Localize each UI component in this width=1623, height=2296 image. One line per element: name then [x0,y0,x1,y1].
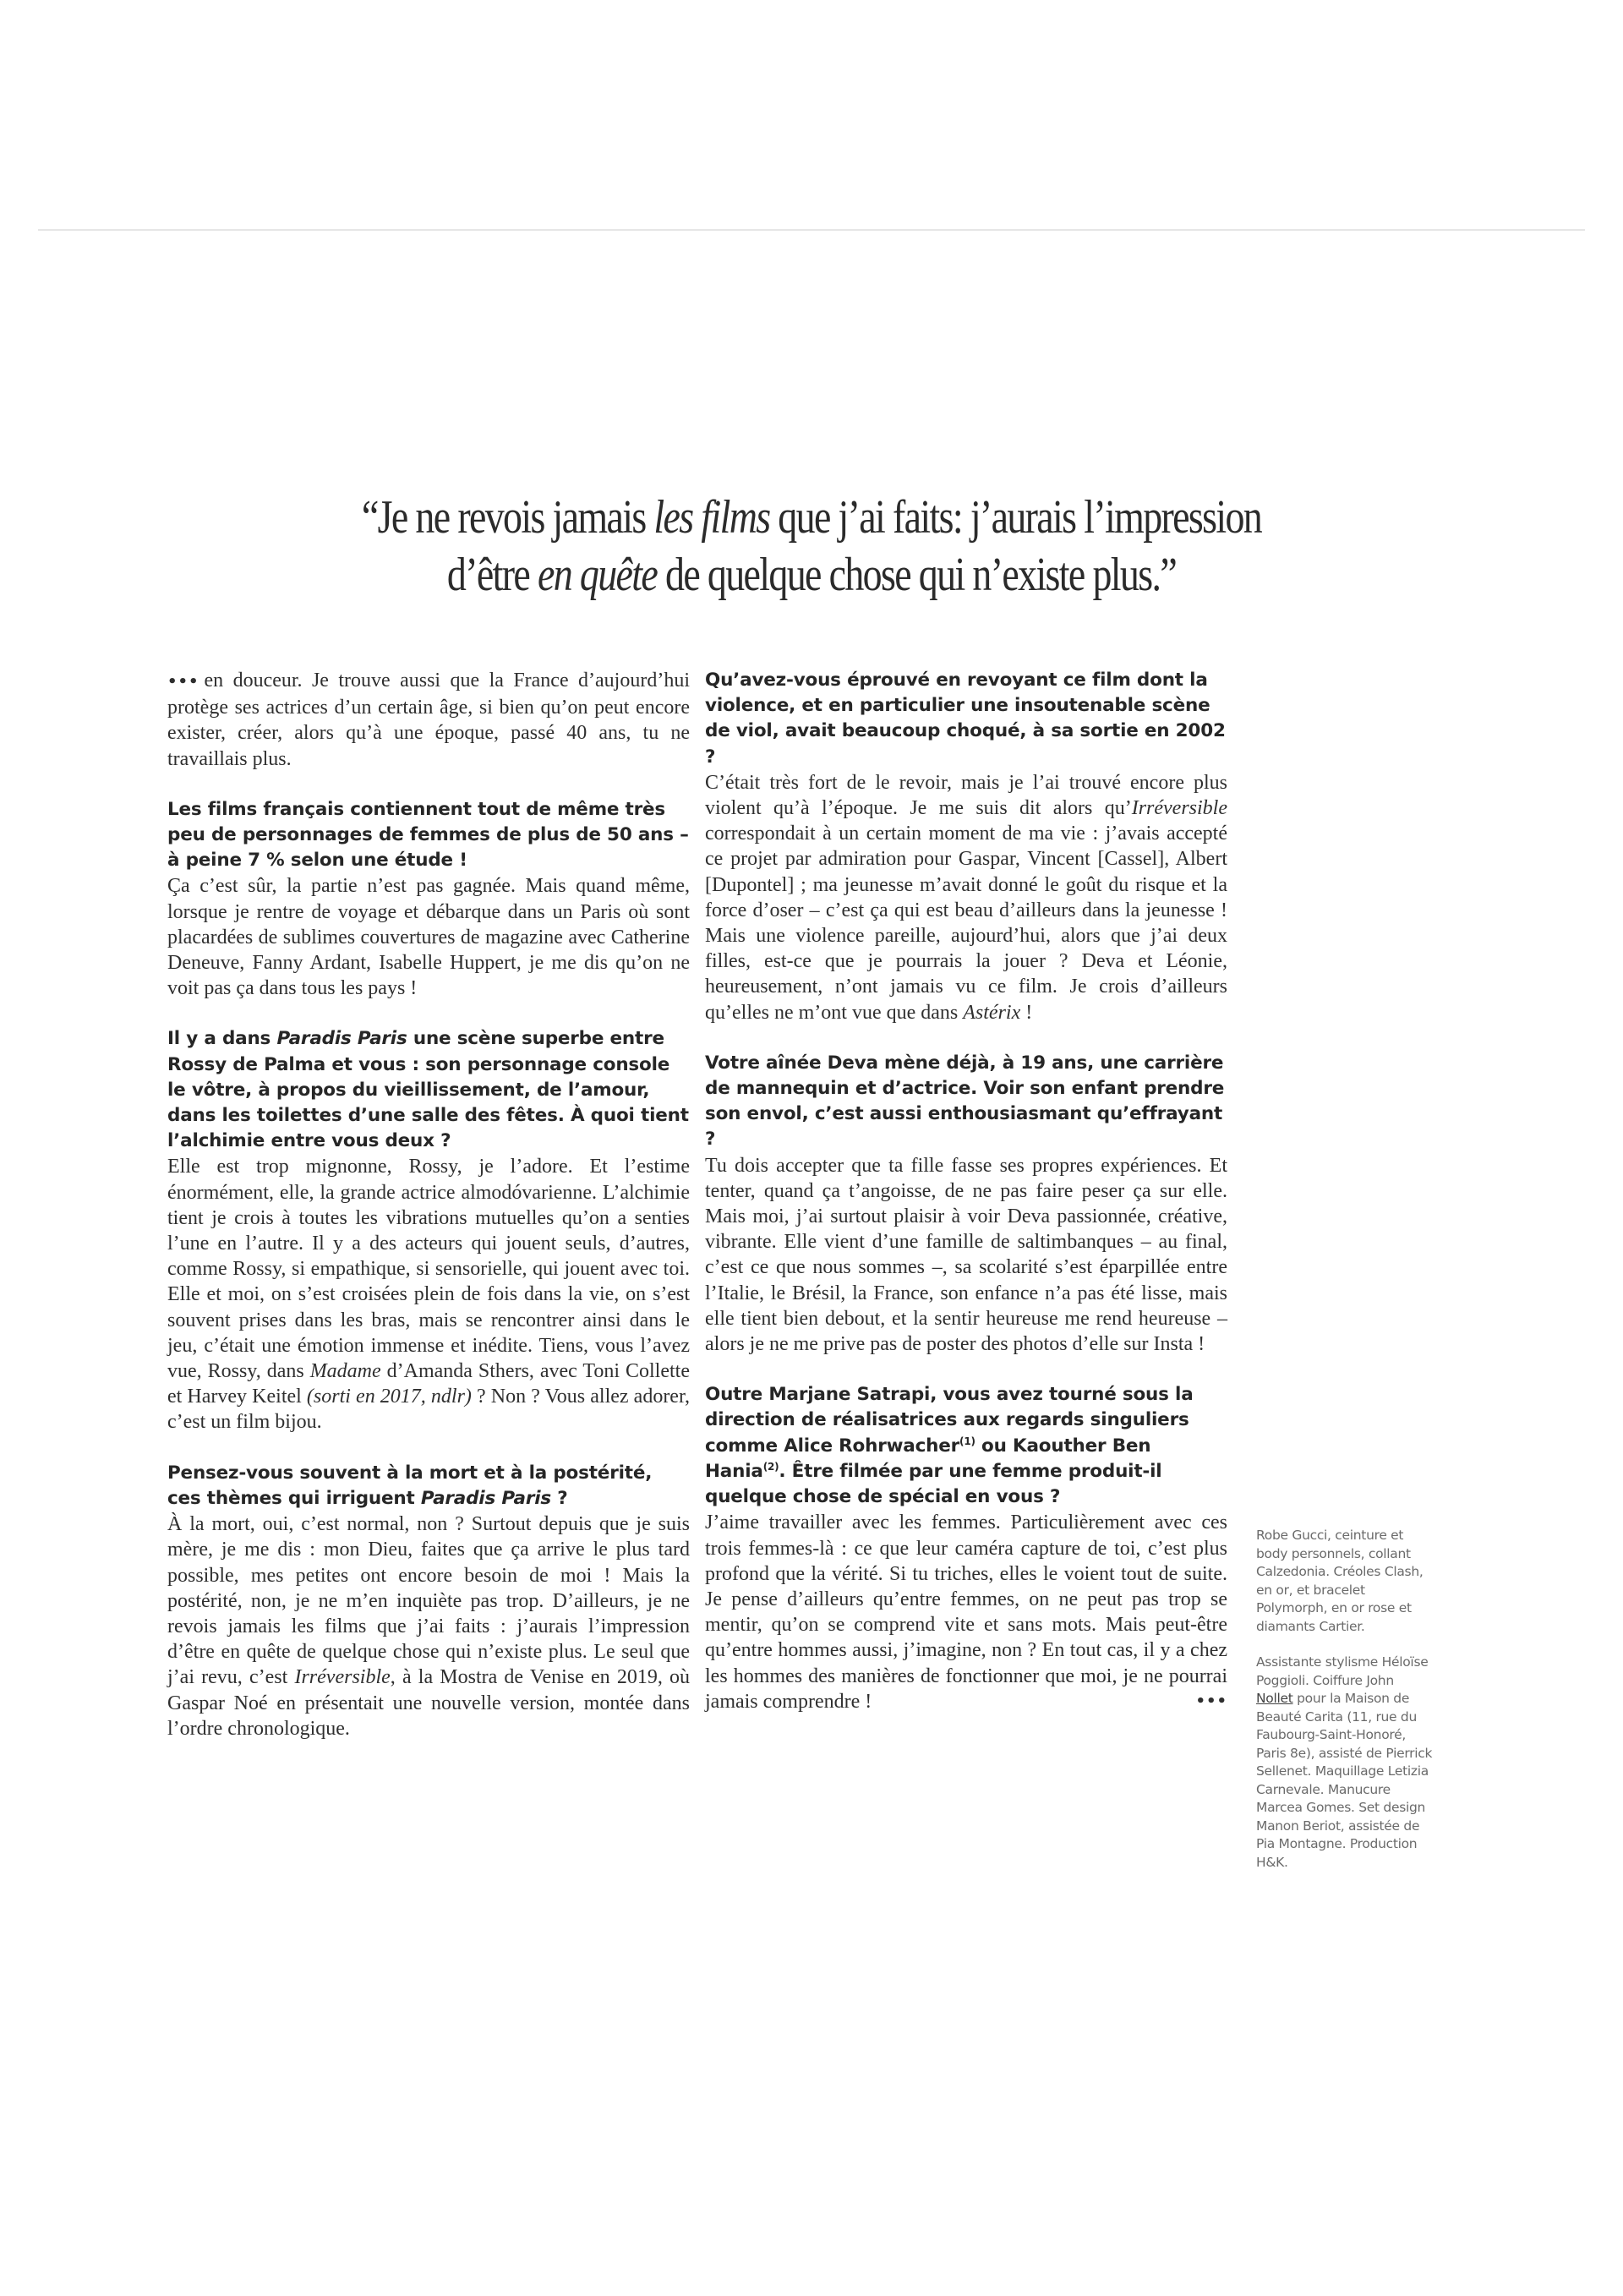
film-title: Irréversible [294,1666,390,1688]
question: Qu’avez-vous éprouvé en revoyant ce film… [705,668,1227,770]
answer-text: À la mort, oui, c’est normal, non ? Surt… [167,1513,690,1688]
intro-paragraph: •••en douceur. Je trouve aussi que la Fr… [167,668,690,772]
continuation-dots-icon: ••• [167,673,199,691]
footnote-marker: (1) [959,1435,975,1447]
question: Pensez-vous souvent à la mort et à la po… [167,1461,690,1512]
qa-block: Qu’avez-vous éprouvé en revoyant ce film… [705,668,1227,1025]
wardrobe-credits: Robe Gucci, ceinture et body personnels,… [1256,1527,1434,1636]
question-text: Pensez-vous souvent à la mort et à la po… [167,1462,652,1509]
footnote-marker: (2) [763,1461,779,1473]
team-credits: Assistante stylisme Héloïse Poggioli. Co… [1256,1654,1434,1872]
qa-block: Pensez-vous souvent à la mort et à la po… [167,1461,690,1741]
question: Il y a dans Paradis Paris une scène supe… [167,1026,690,1154]
question-text: ? [551,1488,568,1509]
question: Les films français contiennent tout de m… [167,797,690,874]
pull-quote-text: de quelque chose qui n’existe plus. [657,549,1160,601]
film-title: Paradis Paris [276,1028,407,1049]
top-divider [38,229,1585,231]
credits-underlined-name: Nollet [1256,1691,1293,1706]
photo-credits: Robe Gucci, ceinture et body personnels,… [1256,1527,1434,1889]
answer-text: en douceur. Je trouve aussi que la Franc… [167,670,690,770]
pull-quote: “Je ne revois jamais les films que j’ai … [250,489,1373,604]
answer-text: Elle est trop mignonne, Rossy, je l’ador… [167,1156,690,1382]
answer: À la mort, oui, c’est normal, non ? Surt… [167,1512,690,1741]
pull-quote-text: que j’ai faits: j’aurais l’impression [769,491,1261,544]
film-title: Astérix [963,1002,1020,1024]
film-title: Irréversible [1132,797,1227,819]
editor-note: (sorti en 2017, ndlr) [307,1386,472,1408]
qa-block: Votre aînée Deva mène déjà, à 19 ans, un… [705,1051,1227,1357]
pull-quote-text: d’être [447,549,538,601]
answer: Tu dois accepter que ta fille fasse ses … [705,1153,1227,1358]
credits-text: pour la Maison de Beauté Carita (11, rue… [1256,1691,1432,1870]
qa-block: Il y a dans Paradis Paris une scène supe… [167,1026,690,1435]
pull-quote-italic: les films [653,491,769,544]
pull-quote-open-mark: “ [362,491,378,544]
answer: C’était très fort de le revoir, mais je … [705,770,1227,1025]
film-title: Madame [310,1360,381,1382]
answer-text: J’aime travailler avec les femmes. Parti… [705,1512,1227,1712]
continuation-dots-icon: ••• [1195,1689,1227,1714]
answer-text: correspondait à un certain moment de ma … [705,823,1227,1023]
answer-text: ! [1020,1002,1032,1024]
question: Votre aînée Deva mène déjà, à 19 ans, un… [705,1051,1227,1153]
pull-quote-close-mark: ” [1160,549,1176,601]
article-column-1: •••en douceur. Je trouve aussi que la Fr… [167,668,690,1767]
pull-quote-text: Je ne revois jamais [378,491,654,544]
credits-text: Assistante stylisme Héloïse Poggioli. Co… [1256,1654,1428,1688]
article-column-2: Qu’avez-vous éprouvé en revoyant ce film… [705,668,1227,1740]
qa-block: Outre Marjane Satrapi, vous avez tourné … [705,1382,1227,1714]
question-text: Il y a dans [167,1028,276,1049]
qa-block: Les films français contiennent tout de m… [167,797,690,1002]
question: Outre Marjane Satrapi, vous avez tourné … [705,1382,1227,1510]
film-title: Paradis Paris [421,1488,551,1509]
answer: J’aime travailler avec les femmes. Parti… [705,1510,1227,1714]
answer: Elle est trop mignonne, Rossy, je l’ador… [167,1154,690,1435]
pull-quote-italic: en quête [538,549,657,601]
answer: Ça c’est sûr, la partie n’est pas gagnée… [167,873,690,1001]
